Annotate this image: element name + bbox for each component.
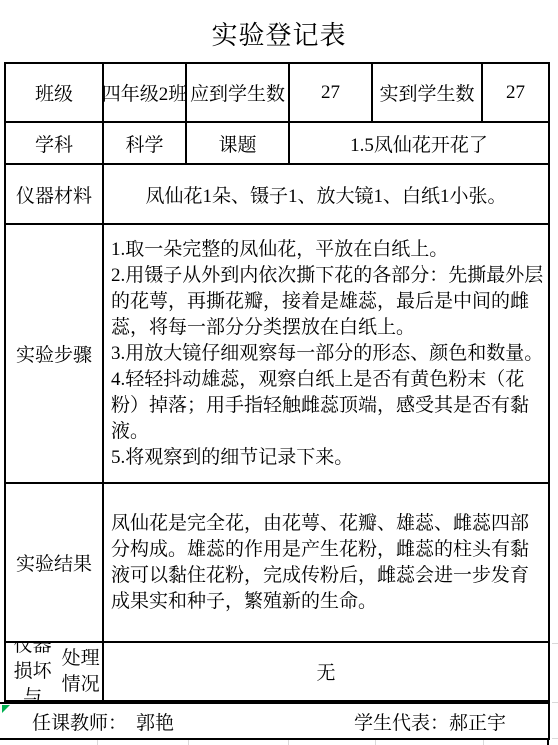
gridline-stub-bottom-1 [97, 740, 98, 745]
subject-label: 学科 [6, 123, 104, 163]
gridline-stub-bottom-5 [483, 740, 484, 745]
gridline-stub-bottom-4 [375, 740, 376, 745]
materials-label: 仪器材料 [6, 165, 104, 223]
materials-value: 凤仙花1朵、镊子1、放大镜1、白纸1小张。 [104, 165, 548, 223]
teacher-label: 任课教师： [32, 708, 127, 735]
expected-students-label: 应到学生数 [187, 64, 290, 121]
damage-value: 无 [104, 643, 548, 700]
steps-value: 1.取一朵完整的凤仙花，平放在白纸上。 2.用镊子从外到内依次撕下花的各部分：先… [104, 225, 548, 482]
actual-students-label: 实到学生数 [373, 64, 483, 121]
table-row-results: 实验结果 凤仙花是完全花，由花萼、花瓣、雄蕊、雌蕊四部分构成。雄蕊的作用是产生花… [6, 484, 548, 643]
table-right-border-stub [547, 740, 549, 745]
teacher-name: 郭艳 [136, 708, 174, 735]
table-row-materials: 仪器材料 凤仙花1朵、镊子1、放大镜1、白纸1小张。 [6, 165, 548, 225]
gridline-stub-right-3 [552, 738, 558, 739]
green-corner-marker-icon [2, 705, 10, 713]
topic-value: 1.5凤仙花开花了 [290, 123, 548, 163]
gridline-stub-right-2 [552, 702, 558, 703]
results-text: 凤仙花是完全花，由花萼、花瓣、雄蕊、雌蕊四部分构成。雄蕊的作用是产生花粉，雌蕊的… [111, 511, 545, 615]
gridline-stub-bottom-2 [188, 740, 189, 745]
page-title: 实验登记表 [0, 15, 558, 52]
student-signature: 学生代表： 郝正宇 [354, 708, 506, 735]
step-item-2: 2.用镊子从外到内依次撕下花的各部分：先撕最外层的花萼，再撕花瓣，接着是雄蕊，最… [111, 263, 545, 341]
class-value: 四年级2班 [104, 64, 187, 121]
gridline-stub-bottom-3 [288, 740, 289, 745]
subject-value: 科学 [104, 123, 187, 163]
damage-label: 仪器损坏与 处理情况 [6, 643, 104, 700]
signature-row: 任课教师： 郭艳 学生代表： 郝正宇 [0, 702, 550, 740]
step-item-4: 4.轻轻抖动雄蕊，观察白纸上是否有黄色粉末（花粉）掉落；用手指轻触雌蕊顶端，感受… [111, 367, 545, 445]
results-value: 凤仙花是完全花，由花萼、花瓣、雄蕊、雌蕊四部分构成。雄蕊的作用是产生花粉，雌蕊的… [104, 484, 548, 641]
class-label: 班级 [6, 64, 104, 121]
table-row-steps: 实验步骤 1.取一朵完整的凤仙花，平放在白纸上。 2.用镊子从外到内依次撕下花的… [6, 225, 548, 484]
results-label: 实验结果 [6, 484, 104, 641]
student-name: 郝正宇 [449, 708, 506, 735]
table-row-damage: 仪器损坏与 处理情况 无 [6, 643, 548, 700]
steps-label: 实验步骤 [6, 225, 104, 482]
step-item-1: 1.取一朵完整的凤仙花，平放在白纸上。 [111, 237, 545, 263]
damage-label-line1: 仪器损坏与 [6, 643, 59, 700]
student-label: 学生代表： [354, 708, 449, 735]
teacher-signature: 任课教师： 郭艳 [32, 708, 174, 735]
step-item-5: 5.将观察到的细节记录下来。 [111, 445, 545, 471]
step-item-3: 3.用放大镜仔细观察每一部分的形态、颜色和数量。 [111, 341, 545, 367]
experiment-registration-form: 实验登记表 班级 四年级2班 应到学生数 27 实到学生数 27 学科 科学 课… [0, 0, 558, 745]
table-row-subject: 学科 科学 课题 1.5凤仙花开花了 [6, 123, 548, 165]
form-table: 班级 四年级2班 应到学生数 27 实到学生数 27 学科 科学 课题 1.5凤… [4, 62, 550, 702]
actual-students-value: 27 [483, 64, 548, 121]
expected-students-value: 27 [290, 64, 373, 121]
damage-label-line2: 处理情况 [59, 646, 102, 698]
gridline-stub-right-1 [552, 643, 558, 644]
topic-label: 课题 [187, 123, 290, 163]
table-row-class: 班级 四年级2班 应到学生数 27 实到学生数 27 [6, 64, 548, 123]
